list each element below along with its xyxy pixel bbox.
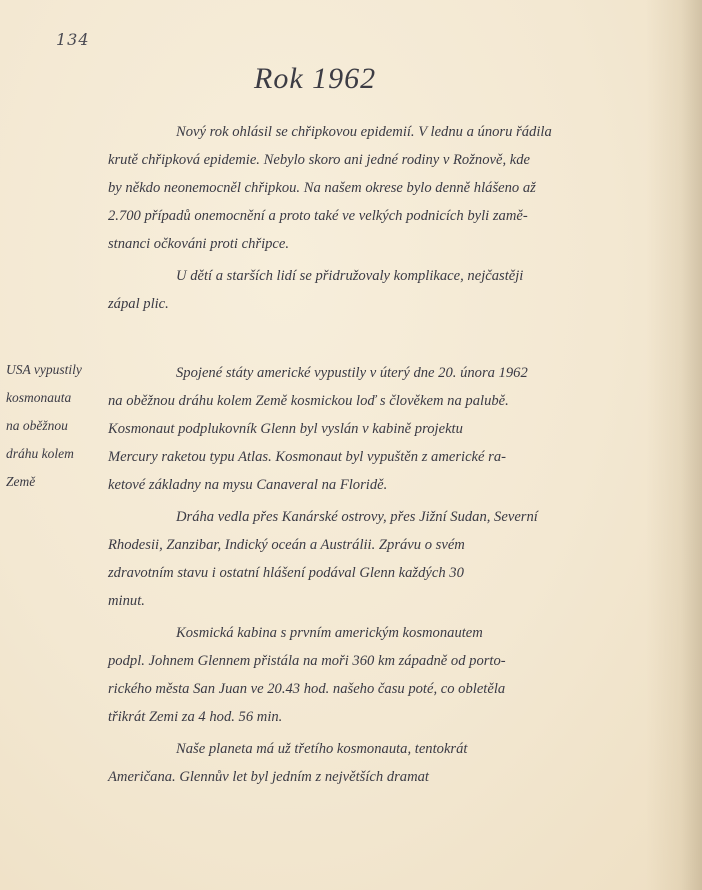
section-flu-epidemic: Nový rok ohlásil se chřipkovou epidemií.… bbox=[108, 118, 664, 318]
text-line: podpl. Johnem Glennem přistála na moři 3… bbox=[108, 647, 664, 675]
text-line: ketové základny na mysu Canaveral na Flo… bbox=[108, 471, 664, 499]
text-line: Kosmonaut podplukovník Glenn byl vyslán … bbox=[108, 415, 664, 443]
margin-note: USA vypustily kosmonauta na oběžnou dráh… bbox=[6, 356, 106, 496]
text-line: Rhodesii, Zanzibar, Indický oceán a Aust… bbox=[108, 531, 664, 559]
text-line: zdravotním stavu i ostatní hlášení podáv… bbox=[108, 559, 664, 587]
paragraph: Naše planeta má už třetího kosmonauta, t… bbox=[108, 735, 664, 791]
chronicle-page: 134 Rok 1962 USA vypustily kosmonauta na… bbox=[0, 0, 702, 890]
margin-note-line: USA vypustily bbox=[6, 356, 106, 384]
paragraph: Spojené státy americké vypustily v úterý… bbox=[108, 359, 664, 499]
text-line: Američana. Glennův let byl jedním z nejv… bbox=[108, 763, 664, 791]
text-line: rického města San Juan ve 20.43 hod. naš… bbox=[108, 675, 664, 703]
margin-note-line: Země bbox=[6, 468, 106, 496]
section-glenn-flight: Spojené státy americké vypustily v úterý… bbox=[108, 359, 664, 791]
text-line: U dětí a starších lidí se přidružovaly k… bbox=[108, 262, 664, 290]
text-line: Spojené státy americké vypustily v úterý… bbox=[108, 359, 664, 387]
text-line: třikrát Zemi za 4 hod. 56 min. bbox=[108, 703, 664, 731]
text-line: stnanci očkováni proti chřipce. bbox=[108, 230, 664, 258]
text-line: Naše planeta má už třetího kosmonauta, t… bbox=[108, 735, 664, 763]
text-line: na oběžnou dráhu kolem Země kosmickou lo… bbox=[108, 387, 664, 415]
margin-note-line: dráhu kolem bbox=[6, 440, 106, 468]
text-line: krutě chřipková epidemie. Nebylo skoro a… bbox=[108, 146, 664, 174]
text-line: by někdo neonemocněl chřipkou. Na našem … bbox=[108, 174, 664, 202]
text-line: Dráha vedla přes Kanárské ostrovy, přes … bbox=[108, 503, 664, 531]
paragraph: Dráha vedla přes Kanárské ostrovy, přes … bbox=[108, 503, 664, 615]
text-line: zápal plic. bbox=[108, 290, 664, 318]
text-line: Kosmická kabina s prvním americkým kosmo… bbox=[108, 619, 664, 647]
text-line: Mercury raketou typu Atlas. Kosmonaut by… bbox=[108, 443, 664, 471]
text-line: 2.700 případů onemocnění a proto také ve… bbox=[108, 202, 664, 230]
paragraph: Kosmická kabina s prvním americkým kosmo… bbox=[108, 619, 664, 731]
page-title: Rok 1962 bbox=[254, 62, 376, 96]
margin-note-line: na oběžnou bbox=[6, 412, 106, 440]
text-line: minut. bbox=[108, 587, 664, 615]
paragraph: U dětí a starších lidí se přidružovaly k… bbox=[108, 262, 664, 318]
paragraph: Nový rok ohlásil se chřipkovou epidemií.… bbox=[108, 118, 664, 258]
page-number: 134 bbox=[56, 30, 90, 49]
margin-note-line: kosmonauta bbox=[6, 384, 106, 412]
text-line: Nový rok ohlásil se chřipkovou epidemií.… bbox=[108, 118, 664, 146]
